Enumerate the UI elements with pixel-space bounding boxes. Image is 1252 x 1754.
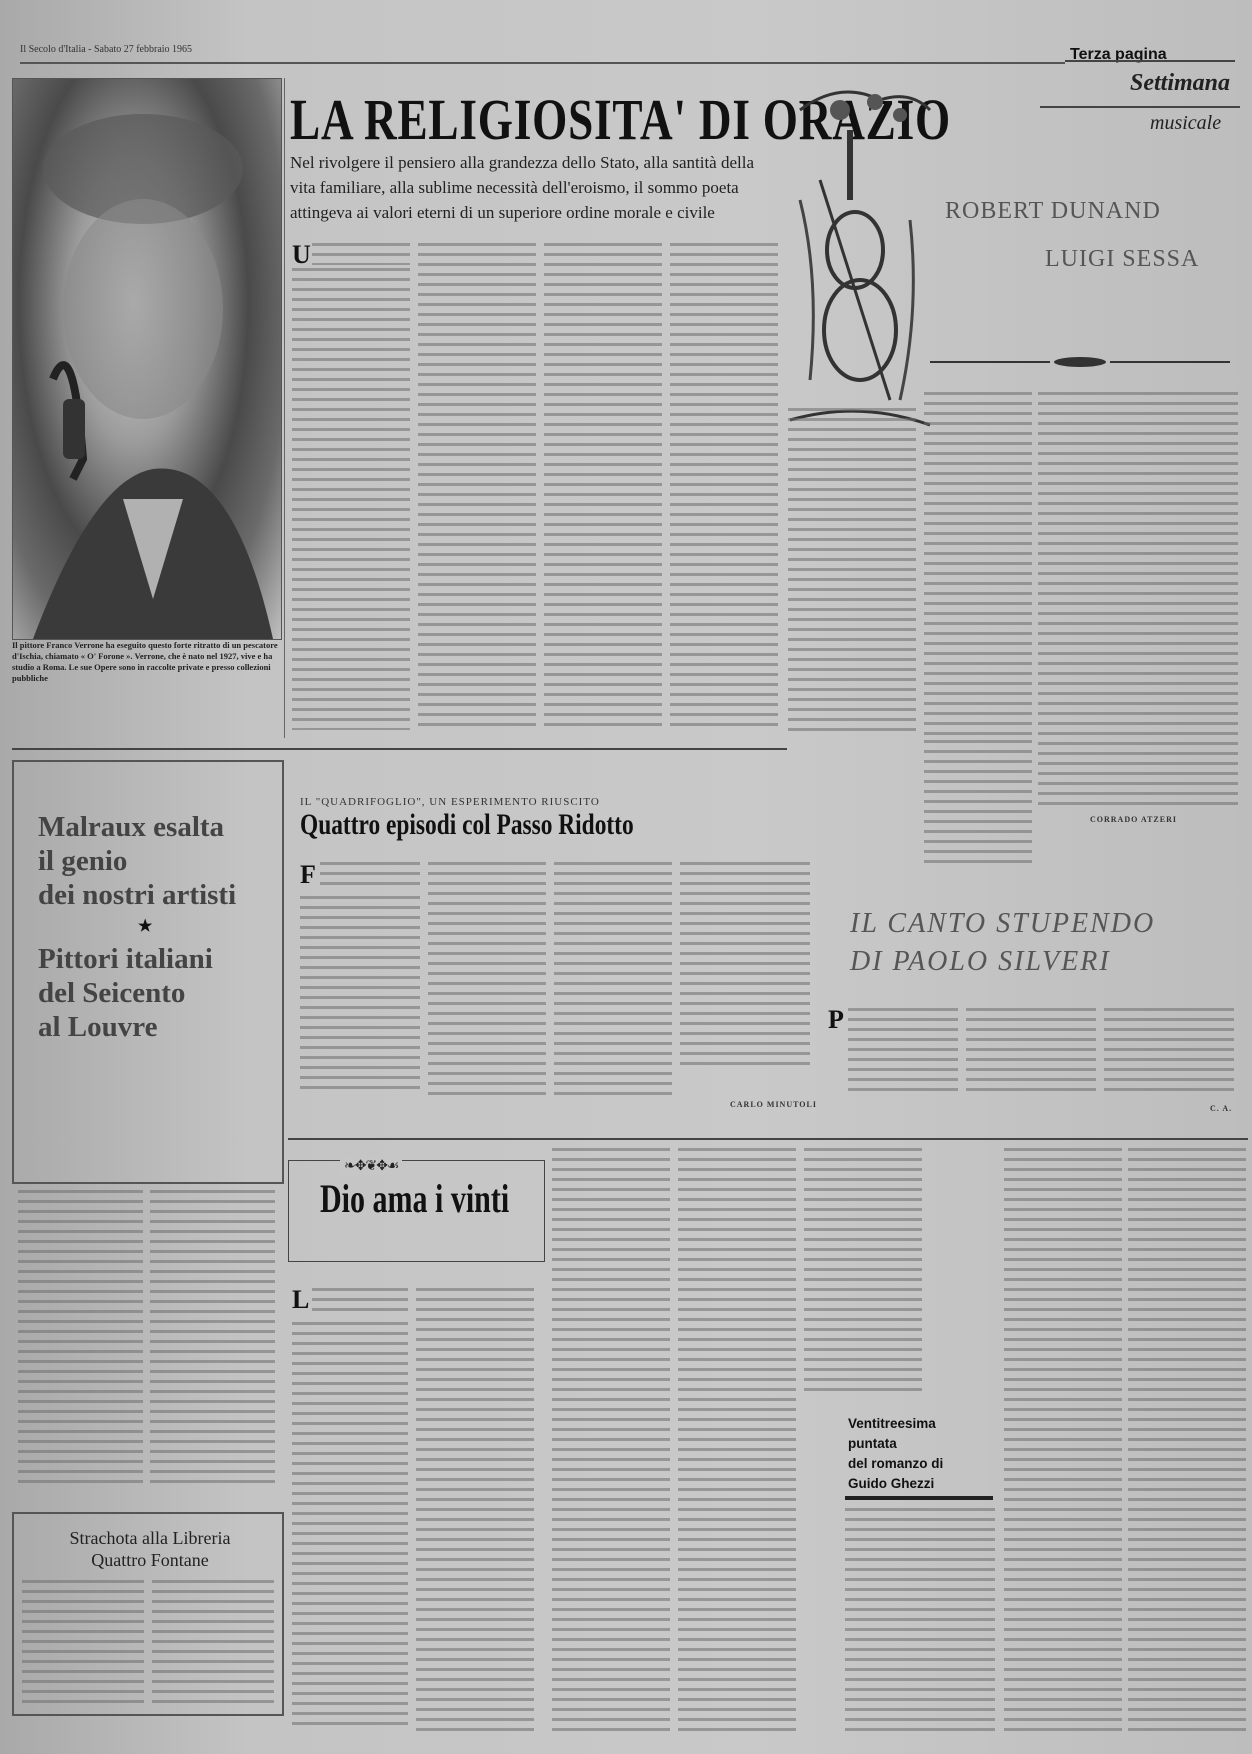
section-divider <box>12 748 787 750</box>
section-divider <box>288 1138 1248 1140</box>
newspaper-page: Il Secolo d'Italia - Sabato 27 febbraio … <box>0 0 1252 1754</box>
lead-body-text <box>292 268 410 730</box>
novel-body-text <box>804 1148 922 1398</box>
column-divider <box>284 78 285 738</box>
music-body-text <box>788 408 916 738</box>
music-column-subtitle: musicale <box>1150 112 1221 135</box>
novel-body-text <box>312 1288 408 1318</box>
quadrifoglio-drop-cap: F <box>300 860 316 890</box>
quadrifoglio-kicker: IL "QUADRIFOGLIO", UN ESPERIMENTO RIUSCI… <box>300 796 600 808</box>
novel-body-text <box>1128 1148 1246 1732</box>
quadrifoglio-body-text <box>300 896 420 1096</box>
novel-body-text <box>292 1322 408 1732</box>
strachota-headline: Strachota alla Libreria Quattro Fontane <box>30 1527 270 1571</box>
lead-body-text <box>670 243 778 730</box>
quadrifoglio-signature: CARLO MINUTOLI <box>730 1100 817 1109</box>
fisherman-portrait-icon <box>13 79 281 639</box>
lead-drop-cap: U <box>292 240 311 270</box>
music-body-text <box>1038 392 1238 812</box>
ornament-divider-icon <box>930 355 1230 369</box>
novel-body-text <box>1004 1148 1122 1732</box>
music-column-rule <box>1040 106 1240 108</box>
lead-body-text <box>544 243 662 730</box>
flourish-ornament-icon: ❧✥❦✥☙ <box>340 1158 402 1175</box>
silveri-body-text <box>848 1008 958 1098</box>
musician-name: LUIGI SESSA <box>1045 246 1199 273</box>
masthead-rule <box>20 62 1065 64</box>
strachota-body-text <box>22 1580 144 1704</box>
lead-body-text <box>312 243 410 265</box>
quadrifoglio-body-text <box>428 862 546 1096</box>
lead-body-text <box>418 243 536 730</box>
quadrifoglio-headline: Quattro episodi col Passo Ridotto <box>300 808 634 842</box>
silveri-signature: C. A. <box>1210 1104 1232 1113</box>
malraux-body-text <box>18 1190 143 1490</box>
violin-icon <box>780 80 940 440</box>
silveri-body-text <box>1104 1008 1234 1098</box>
silveri-body-text <box>966 1008 1096 1098</box>
music-body-text <box>924 740 1032 865</box>
quadrifoglio-body-text <box>320 862 420 892</box>
strachota-body-text <box>152 1580 274 1704</box>
section-rule <box>1065 60 1235 62</box>
music-body-text <box>924 392 1032 738</box>
episode-box-rule <box>845 1496 993 1500</box>
quadrifoglio-body-text <box>554 862 672 1096</box>
masthead-dateline: Il Secolo d'Italia - Sabato 27 febbraio … <box>20 44 192 55</box>
music-column-title: Settimana <box>1130 70 1230 97</box>
silveri-drop-cap: P <box>828 1005 844 1035</box>
portrait-illustration <box>12 78 282 640</box>
music-signature: CORRADO ATZERI <box>1090 815 1177 824</box>
malraux-headline: Malraux esalta il genio dei nostri artis… <box>38 810 278 1044</box>
novel-body-text <box>678 1148 796 1732</box>
musician-name: ROBERT DUNAND <box>945 198 1161 225</box>
portrait-caption: Il pittore Franco Verrone ha eseguito qu… <box>12 640 280 684</box>
malraux-body-text <box>150 1190 275 1490</box>
violin-illustration <box>780 80 940 440</box>
novel-drop-cap: L <box>292 1285 309 1315</box>
novel-body-text <box>845 1508 995 1732</box>
novel-body-text <box>416 1288 534 1732</box>
quadrifoglio-body-text <box>680 862 810 1072</box>
silveri-headline: IL CANTO STUPENDO DI PAOLO SILVERI <box>850 905 1155 981</box>
novel-headline: Dio ama i vinti <box>320 1175 509 1222</box>
novel-episode-box: Ventitreesima puntata del romanzo di Gui… <box>848 1414 943 1494</box>
lead-deck: Nel rivolgere il pensiero alla grandezza… <box>290 150 770 225</box>
novel-body-text <box>552 1148 670 1732</box>
